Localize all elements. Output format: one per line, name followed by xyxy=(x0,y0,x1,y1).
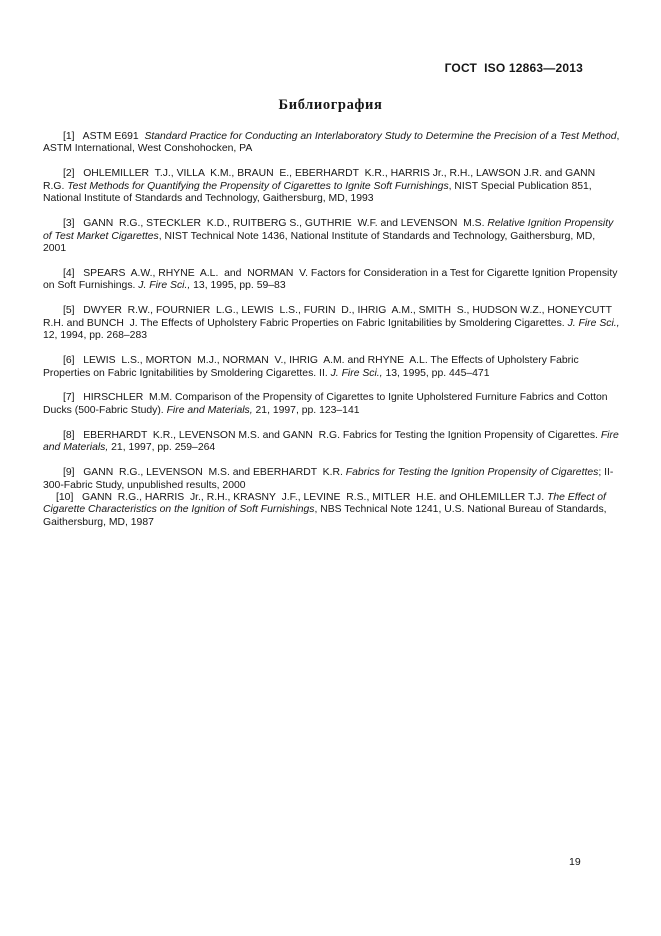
bibliography-entry-text: [9] GANN R.G., LEVENSON M.S. and EBERHAR… xyxy=(63,467,346,478)
bibliography-entry-italic-text: Fire and Materials, xyxy=(167,405,253,416)
bibliography-entry: [4] SPEARS A.W., RHYNE A.L. and NORMAN V… xyxy=(43,268,620,293)
bibliography-entry-text: [3] GANN R.G., STECKLER K.D., RUITBERG S… xyxy=(63,218,487,229)
bibliography-entry-italic-text: J. Fire Sci., xyxy=(138,280,190,291)
bibliography-entry-text: 13, 1995, pp. 59–83 xyxy=(190,280,285,291)
document-code-header: ГОСТ ISO 12863—2013 xyxy=(445,61,583,75)
bibliography-entry-text: [10] GANN R.G., HARRIS Jr., R.H., KRASNY… xyxy=(56,492,547,503)
bibliography-entry: [1] ASTM E691 Standard Practice for Cond… xyxy=(43,131,620,156)
bibliography-entry-text: 21, 1997, pp. 123–141 xyxy=(253,405,360,416)
bibliography-entry-italic-text: Fabrics for Testing the Ignition Propens… xyxy=(346,467,599,478)
bibliography-entry: [3] GANN R.G., STECKLER K.D., RUITBERG S… xyxy=(43,218,620,255)
bibliography-entry: [2] OHLEMILLER T.J., VILLA K.M., BRAUN E… xyxy=(43,168,620,205)
bibliography-entry-text: [8] EBERHARDT K.R., LEVENSON M.S. and GA… xyxy=(63,430,601,441)
bibliography-entry: [10] GANN R.G., HARRIS Jr., R.H., KRASNY… xyxy=(43,492,620,529)
bibliography-entry-italic-text: J. Fire Sci., xyxy=(568,318,620,329)
page-title: Библиография xyxy=(0,97,661,114)
bibliography-entry: [9] GANN R.G., LEVENSON M.S. and EBERHAR… xyxy=(43,467,620,492)
bibliography-entry-text: 13, 1995, pp. 445–471 xyxy=(383,368,490,379)
bibliography-entry: [8] EBERHARDT K.R., LEVENSON M.S. and GA… xyxy=(43,430,620,455)
bibliography-entry: [5] DWYER R.W., FOURNIER L.G., LEWIS L.S… xyxy=(43,305,620,342)
page-number: 19 xyxy=(569,856,581,868)
bibliography-entry-italic-text: Standard Practice for Conducting an Inte… xyxy=(144,131,616,142)
bibliography-entry-text: [5] DWYER R.W., FOURNIER L.G., LEWIS L.S… xyxy=(43,305,618,328)
bibliography-entry-italic-text: Test Methods for Quantifying the Propens… xyxy=(67,181,448,192)
bibliography-entry-text: [1] ASTM E691 xyxy=(63,131,144,142)
bibliography-entry-text: [4] SPEARS A.W., RHYNE A.L. and NORMAN V… xyxy=(43,268,620,291)
bibliography-list: [1] ASTM E691 Standard Practice for Cond… xyxy=(43,131,620,542)
bibliography-entry-text: [6] LEWIS L.S., MORTON M.J., NORMAN V., … xyxy=(43,355,582,378)
bibliography-entry: [6] LEWIS L.S., MORTON M.J., NORMAN V., … xyxy=(43,355,620,380)
bibliography-entry-text: 21, 1997, pp. 259–264 xyxy=(108,442,215,453)
bibliography-entry: [7] HIRSCHLER M.M. Comparison of the Pro… xyxy=(43,392,620,417)
bibliography-entry-italic-text: J. Fire Sci., xyxy=(331,368,383,379)
